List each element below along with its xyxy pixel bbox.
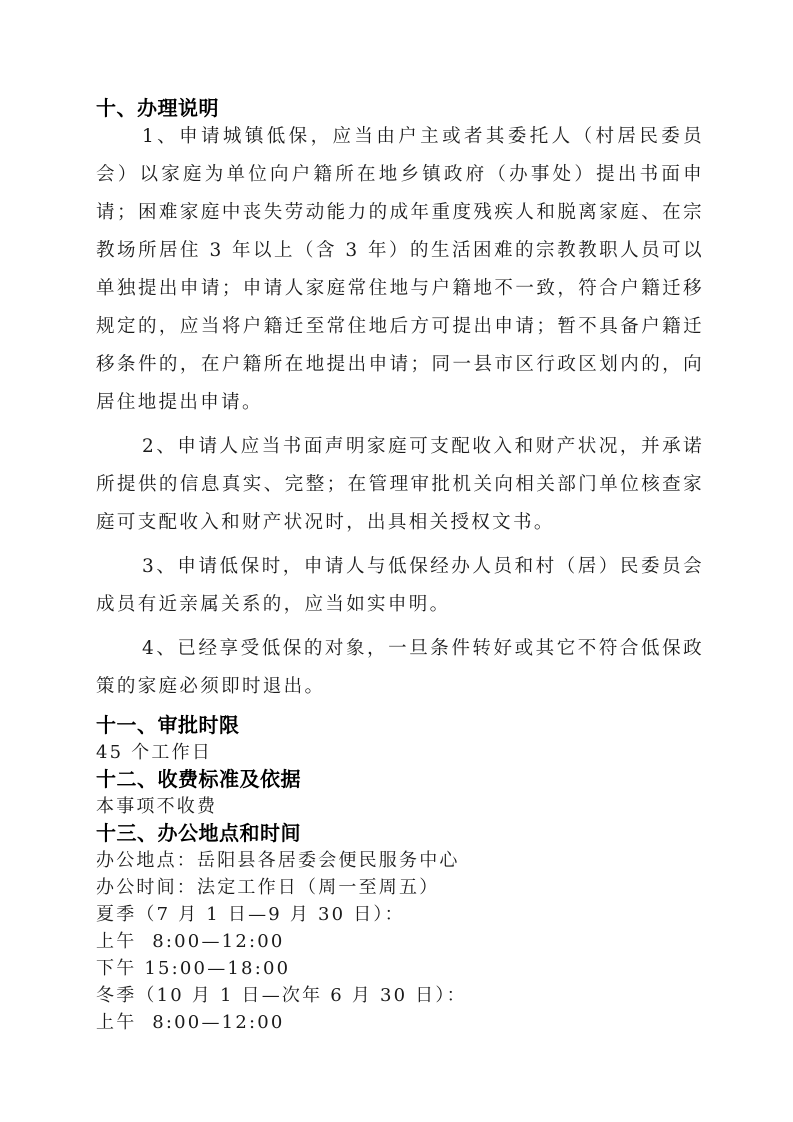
section-heading-approval-time-limit: 十一、审批时限	[96, 712, 704, 739]
document-page: 十、办理说明 1、申请城镇低保，应当由户主或者其委托人（村居民委员会）以家庭为单…	[96, 95, 704, 1036]
office-hours: 办公时间：法定工作日（周一至周五）	[96, 874, 704, 901]
winter-morning-hours: 上午 8:00—12:00	[96, 1009, 704, 1036]
office-location: 办公地点：岳阳县各居委会便民服务中心	[96, 847, 704, 874]
section-heading-office-location-hours: 十三、办公地点和时间	[96, 820, 704, 847]
fee-standard-value: 本事项不收费	[96, 793, 704, 820]
winter-season-label: 冬季（10 月 1 日—次年 6 月 30 日）：	[96, 982, 704, 1009]
summer-season-label: 夏季（7 月 1 日—9 月 30 日）：	[96, 901, 704, 928]
paragraph-application-rule-3: 3、申请低保时，申请人与低保经办人员和村（居）民委员会成员有近亲属关系的，应当如…	[96, 548, 704, 624]
summer-morning-hours: 上午 8:00—12:00	[96, 928, 704, 955]
paragraph-application-rule-2: 2、申请人应当书面声明家庭可支配收入和财产状况，并承诺所提供的信息真实、完整；在…	[96, 428, 704, 542]
paragraph-application-rule-1: 1、申请城镇低保，应当由户主或者其委托人（村居民委员会）以家庭为单位向户籍所在地…	[96, 118, 704, 422]
approval-time-limit-value: 45 个工作日	[96, 739, 704, 766]
summer-afternoon-hours: 下午 15:00—18:00	[96, 955, 704, 982]
paragraph-application-rule-4: 4、已经享受低保的对象，一旦条件转好或其它不符合低保政策的家庭必须即时退出。	[96, 630, 704, 706]
section-heading-fee-standard: 十二、收费标准及依据	[96, 766, 704, 793]
